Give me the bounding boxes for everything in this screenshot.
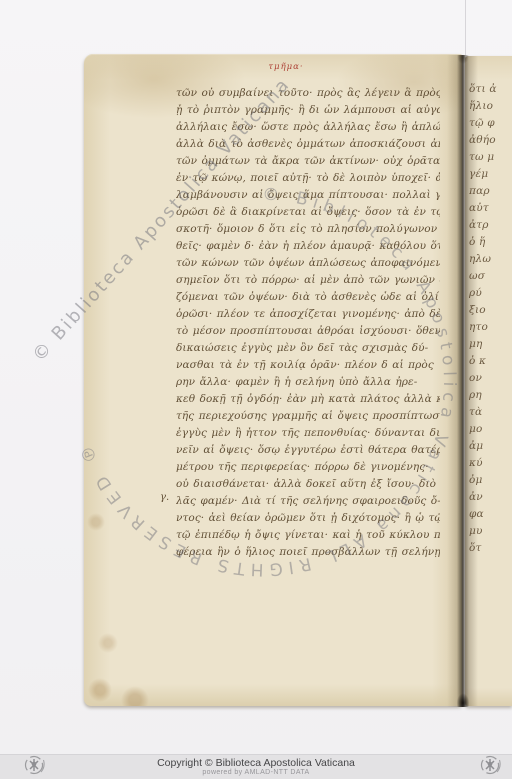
manuscript-text-line: τῶν οὐ συμβαίνει τοῦτο· πρὸς ἃς λέγειν ἃ… [176,87,440,104]
manuscript-text-fragment: μυ [469,525,512,542]
manuscript-text-fragment: ἥλιο [469,100,512,117]
manuscript-text-fragment: ξιο [469,304,512,321]
manuscript-text-fragment: τὰ [469,406,512,423]
manuscript-text-line: τῶν κώνων τῶν ὀψέων ἁπλώσεως ἀποφαινόμεν… [176,257,440,274]
vatican-crest-icon [22,753,48,779]
manuscript-text-fragment: ρύ [469,287,512,304]
manuscript-text-fragment: ρη [469,389,512,406]
manuscript-text-fragment: γέμ [469,168,512,185]
manuscript-text-fragment: ἀμ [469,440,512,457]
manuscript-text-line: κεθ δοκῇ τῇ ὀγδόῃ· ἐὰν μὴ κατὰ πλάτος ἀλ… [176,393,440,410]
manuscript-text-fragment: ητο [469,321,512,338]
manuscript-text-line: σημεῖον ὅτι τὸ πόρρω· αἱ μὲν ἀπὸ τῶν γων… [176,274,440,291]
footer-copyright: Copyright © Biblioteca Apostolica Vatica… [0,757,512,769]
manuscript-text-line: λᾶς φαμέν· Διὰ τί τῆς σελήνης σφαιροειδο… [176,495,440,512]
manuscript-left-page: τμῆμα· γ. τῶν οὐ συμβαίνει τοῦτο· πρὸς ἃ… [84,54,462,706]
backing-seam-line [465,0,466,55]
manuscript-text-fragment: ὅτι ἀ [469,83,512,100]
greek-text-fragments: ὅτι ἀἥλιοτῷ φἀθήοτω μγέμπαραὐτἀτρὁ ἥηλωω… [469,83,512,559]
manuscript-text-fragment: ὁ ἥ [469,236,512,253]
manuscript-text-fragment: τω μ [469,151,512,168]
manuscript-text-line: δικαιώσεις ἐγγὺς μὲν ὂν δεῖ τὰς σχισμὰς … [176,342,440,359]
rubric-heading: τμῆμα· [246,62,326,72]
manuscript-text-line: λαμβάνουσιν αἱ ὄψεις ἅμα πίπτουσαι· πολλ… [176,189,440,206]
manuscript-text-line: ὁρῶσι· πλέον τε ἀποσχίζεται γινομένης· ἀ… [176,308,440,325]
manuscript-text-fragment: ωσ [469,270,512,287]
manuscript-text-fragment: μο [469,423,512,440]
manuscript-text-fragment: ἀν [469,491,512,508]
manuscript-text-fragment: τῷ φ [469,117,512,134]
manuscript-text-line: φέρεια ἣν ὁ ἥλιος ποιεῖ προσβάλλων τῇ σε… [176,546,440,563]
manuscript-right-page: ὅτι ἀἥλιοτῷ φἀθήοτω μγέμπαραὐτἀτρὁ ἥηλωω… [465,56,512,706]
manuscript-text-line: ἀλλήλαις ἔσω· ὥστε πρὸς ἀλλήλας ἔσω ἢ ἁπ… [176,121,440,138]
manuscript-text-fragment: παρ [469,185,512,202]
manuscript-text-fragment: κύ [469,457,512,474]
manuscript-text-line: μέτρου τῆς περιφερείας· πόρρω δὲ γινομέν… [176,461,440,478]
manuscript-text-fragment: ον [469,372,512,389]
manuscript-text-line: νασθαι τὰ ἐν τῇ κοιλίᾳ ὁρᾶν· πλέον δ αἱ … [176,359,440,376]
footer-bar: Copyright © Biblioteca Apostolica Vatica… [0,754,512,779]
manuscript-text-fragment: ἀτρ [469,219,512,236]
manuscript-text-line: ζόμεναι τῶν ὀψέων· διὰ τὸ ἀσθενὲς ὧδε αἱ… [176,291,440,308]
manuscript-text-line: τῶν ὀμμάτων τὰ ἄκρα τῶν ἀκτίνων· οὐχ ὁρᾶ… [176,155,440,172]
manuscript-text-fragment: ὁ κ [469,355,512,372]
manuscript-text-line: σκοτῆ· ὅμοιον δ ὅτι εἰς τὸ πλησίον πολύγ… [176,223,440,240]
marginal-note: γ. [160,492,169,503]
manuscript-text-line: νεῖν αἱ ὄψεις· ὅσῳ ἐγγυτέρω ἐστὶ θάτερα … [176,444,440,461]
manuscript-text-line: ρην ἄλλα· φαμὲν ἢ ἡ σελήνη ὑπὸ ἄλλα ἠρε- [176,376,440,393]
manuscript-text-line: τῷ ἐπιπέδῳ ἡ ὄψις γίνεται· καὶ ἡ τοῦ κύκ… [176,529,440,546]
manuscript-text-line: ὁρῶσι δὲ ἃ διακρίνεται αἱ ὄψεις· ὅσον τὰ… [176,206,440,223]
manuscript-text-fragment: μη [469,338,512,355]
manuscript-text-line: ἐγγὺς μὲν ἢ ἧττον τῆς πεπονθυίας· δύναντ… [176,427,440,444]
vatican-crest-icon [478,753,504,779]
manuscript-text-line: οὐ διαισθάνεται· ἀλλὰ δοκεῖ αὕτη ἐξ ἴσου… [176,478,440,495]
manuscript-text-line: ᾗ τὸ ῥιπτὸν γραμμῆς· ἢ δι ὧν λάμπουσι αἱ… [176,104,440,121]
manuscript-text-line: τῆς περιεχούσης γραμμῆς αἱ ὄψεις προσπίπ… [176,410,440,427]
manuscript-text-fragment: ἀθήο [469,134,512,151]
digitized-manuscript-photo: τμῆμα· γ. τῶν οὐ συμβαίνει τοῦτο· πρὸς ἃ… [0,0,512,779]
manuscript-text-line: τὸ μέσον προσπίπτουσαι ἀθρόαι ἰσχύουσι· … [176,325,440,342]
greek-text-block: τῶν οὐ συμβαίνει τοῦτο· πρὸς ἃς λέγειν ἃ… [176,87,440,563]
manuscript-text-line: ντος· ἀεὶ θείαν ὁρῶμεν ὅτι ᾖ διχότομος· … [176,512,440,529]
manuscript-text-line: ἀλλὰ διὰ τὸ ἀσθενὲς ὀμμάτων ἀποσκιάζουσι… [176,138,440,155]
manuscript-text-fragment: φα [469,508,512,525]
manuscript-text-line: ἐν τῷ κώνῳ, ποιεῖ αὐτῇ· τὸ δὲ λοιπὸν ὑπο… [176,172,440,189]
footer-powered-by: powered by AMLAD-NTT DATA [0,769,512,776]
manuscript-text-fragment: ὅτ [469,542,512,559]
manuscript-text-line: θεῖς· φαμὲν δ· ἐὰν ἡ πλέον ἀμαυρᾷ· καθόλ… [176,240,440,257]
manuscript-text-fragment: ηλω [469,253,512,270]
manuscript-text-fragment: αὐτ [469,202,512,219]
manuscript-text-fragment: ὀμ [469,474,512,491]
